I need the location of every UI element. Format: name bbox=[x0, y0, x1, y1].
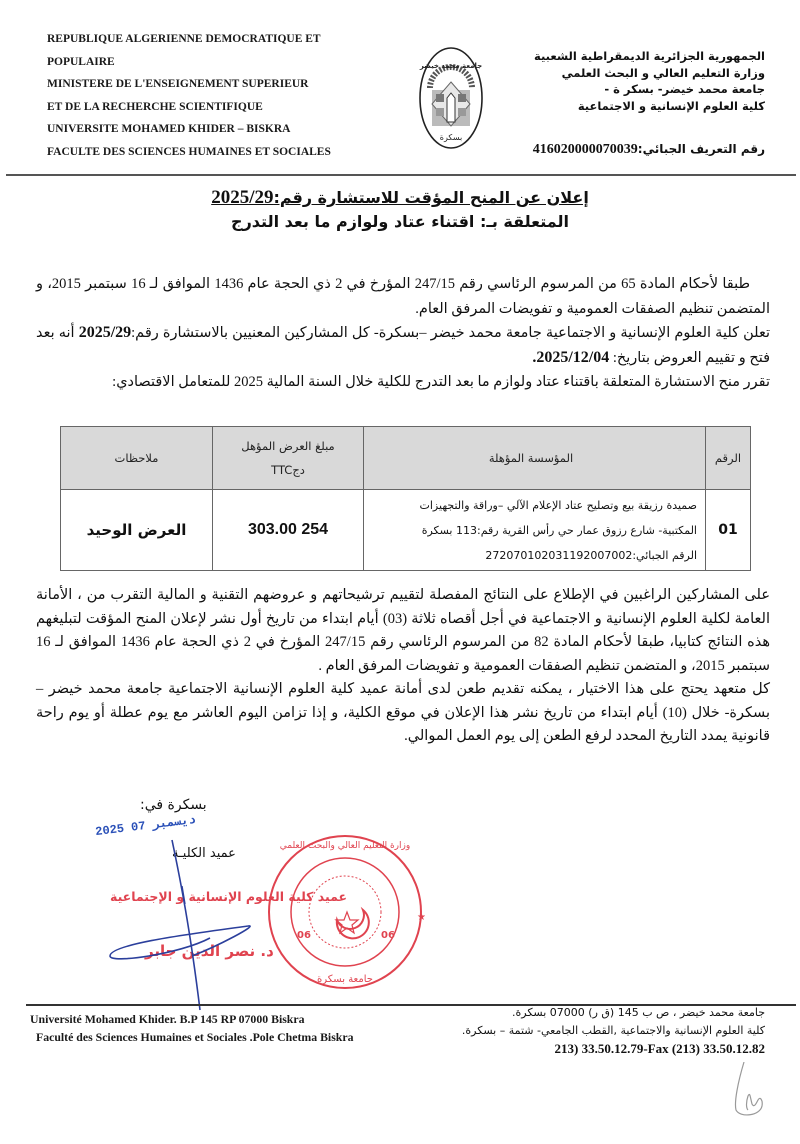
seal-outer-text: وزارة التعليم العالي والبحث العلمي bbox=[280, 841, 410, 851]
col-header-notes: ملاحظات bbox=[61, 427, 213, 490]
tax-id-value: 416020000070039 bbox=[533, 142, 638, 157]
title-text: إعلان عن المنح المؤقت للاستشارة رقم: bbox=[273, 188, 588, 207]
arabic-header-line: جامعة محمد خيضر- بسكر ة - bbox=[465, 81, 765, 98]
footer-address-ar: جامعة محمد خيضر ، ص ب 145 (ق ر) 07000 بس… bbox=[395, 1004, 765, 1022]
amount-header-line2: دجTTC bbox=[214, 458, 362, 482]
award-text: تقرر منح الاستشارة المتعلقة باقتناء عتاد… bbox=[36, 370, 770, 395]
french-header-line: REPUBLIQUE ALGERIENNE DEMOCRATIQUE ET bbox=[47, 28, 407, 51]
arabic-header-line: كلية العلوم الإنسانية و الاجتماعية bbox=[465, 98, 765, 115]
seal-number-right: 06 bbox=[381, 930, 395, 941]
award-table: الرقم المؤسسة المؤهلة مبلغ العرض المؤهل … bbox=[60, 426, 751, 571]
legal-basis-text: طبقا لأحكام المادة 65 من المرسوم الرئاسي… bbox=[36, 276, 770, 317]
arabic-header-line: الجمهورية الجزائرية الديمقراطية الشعبية bbox=[465, 48, 765, 65]
french-footer: Université Mohamed Khider. B.P 145 RP 07… bbox=[30, 1010, 354, 1046]
announcement-text: تعلن كلية العلوم الإنسانية و الاجتماعية … bbox=[131, 325, 770, 341]
footer-address-fr: Université Mohamed Khider. B.P 145 RP 07… bbox=[30, 1010, 354, 1028]
title-number: 2025/29 bbox=[211, 187, 273, 208]
arabic-letterhead: الجمهورية الجزائرية الديمقراطية الشعبية … bbox=[465, 48, 765, 114]
handwritten-signature bbox=[100, 838, 290, 1013]
french-header-line: FACULTE DES SCIENCES HUMAINES ET SOCIALE… bbox=[47, 141, 407, 164]
amount-header-line1: مبلغ العرض المؤهل bbox=[214, 434, 362, 458]
footer-faculty-ar: كلية العلوم الإنسانية والاجتماعية ,القطب… bbox=[395, 1022, 765, 1040]
col-header-amount: مبلغ العرض المؤهل دجTTC bbox=[213, 427, 364, 490]
intro-paragraph: طبقا لأحكام المادة 65 من المرسوم الرئاسي… bbox=[36, 272, 770, 395]
french-letterhead: REPUBLIQUE ALGERIENNE DEMOCRATIQUE ET PO… bbox=[47, 28, 407, 163]
consultation-number: 2025/29 bbox=[79, 324, 131, 341]
table-row: 01 صميدة رزيقة بيع وتصليح عتاد الإعلام ا… bbox=[61, 490, 751, 571]
results-consultation-text: على المشاركين الراغبين في الإطلاع على ال… bbox=[36, 584, 770, 678]
date-stamp: 2025 ديسمبر 07 bbox=[94, 812, 196, 839]
announcement-title: إعلان عن المنح المؤقت للاستشارة رقم:2025… bbox=[0, 187, 800, 209]
announcement-subtitle: المتعلقة بـ: اقتناء عتاد ولوازم ما بعد ا… bbox=[0, 212, 800, 231]
tax-id-label: رقم التعريف الجبائي: bbox=[638, 142, 765, 156]
french-header-line: ET DE LA RECHERCHE SCIENTIFIQUE bbox=[47, 96, 407, 119]
footer-faculty-fr: Faculté des Sciences Humaines et Sociale… bbox=[30, 1028, 354, 1046]
cell-number: 01 bbox=[706, 490, 751, 571]
seal-bottom-text: جامعة بسكرة bbox=[317, 974, 373, 985]
footer-phone-fax: 213) 33.50.12.79-Fax (213) 33.50.12.82 bbox=[395, 1040, 765, 1058]
logo-bottom-text: بسكرة bbox=[440, 133, 462, 142]
cell-amount: 254 303.00 bbox=[213, 490, 364, 571]
place-date-label: بسكرة في: bbox=[140, 797, 207, 813]
arabic-header-line: وزارة التعليم العالي و البحث العلمي bbox=[465, 65, 765, 82]
french-header-line: UNIVERSITE MOHAMED KHIDER – BISKRA bbox=[47, 118, 407, 141]
header-divider bbox=[6, 174, 796, 176]
handwritten-initials bbox=[730, 1062, 770, 1122]
french-header-line: MINISTERE DE L'ENSEIGNEMENT SUPERIEUR bbox=[47, 73, 407, 96]
institution-name: صميدة رزيقة بيع وتصليح عتاد الإعلام الآل… bbox=[365, 493, 697, 518]
arabic-footer: جامعة محمد خيضر ، ص ب 145 (ق ر) 07000 بس… bbox=[395, 1004, 765, 1058]
tax-id: رقم التعريف الجبائي:416020000070039 bbox=[533, 142, 765, 158]
evaluation-date: 2025/12/04. bbox=[532, 349, 609, 366]
institution-address: المكتبية- شارع رزوق عمار حي رأس القرية ر… bbox=[365, 518, 697, 543]
cell-notes: العرض الوحيد bbox=[61, 490, 213, 571]
appeal-text: كل متعهد يحتج على هذا الاختيار ، يمكنه ت… bbox=[36, 678, 770, 749]
cell-institution: صميدة رزيقة بيع وتصليح عتاد الإعلام الآل… bbox=[364, 490, 706, 571]
body-paragraph: على المشاركين الراغبين في الإطلاع على ال… bbox=[36, 584, 770, 749]
col-header-institution: المؤسسة المؤهلة bbox=[364, 427, 706, 490]
institution-tax-id: الرقم الجبائي:272070102031192007002 bbox=[365, 543, 697, 568]
svg-text:★: ★ bbox=[417, 912, 425, 923]
seal-number-left: 06 bbox=[297, 930, 311, 941]
col-header-number: الرقم bbox=[706, 427, 751, 490]
french-header-line: POPULAIRE bbox=[47, 51, 407, 74]
table-header-row: الرقم المؤسسة المؤهلة مبلغ العرض المؤهل … bbox=[61, 427, 751, 490]
